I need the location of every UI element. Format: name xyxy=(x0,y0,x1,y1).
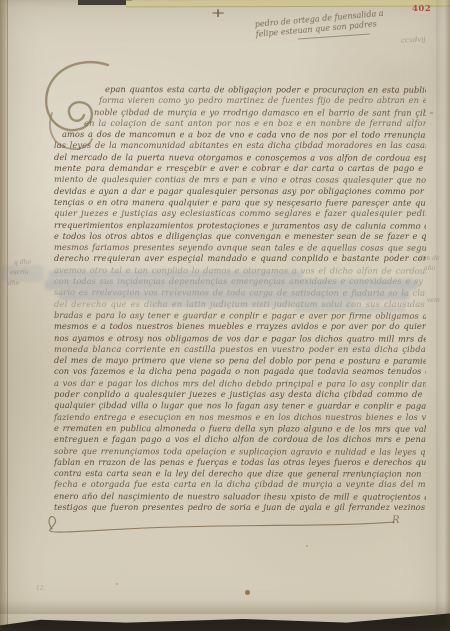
scanner-edge-dark xyxy=(78,0,132,5)
text-line: a vos dar e pagar los dichos mrs del dic… xyxy=(54,378,426,390)
text-line: sario es rrelevaçion vos rrelevamos de t… xyxy=(54,287,426,299)
text-line: en la colaçion de sant anton por nos e e… xyxy=(54,118,426,129)
text-line: qualquier çibdad villa o lugar que nos l… xyxy=(54,400,426,412)
margin-note-left: dho xyxy=(8,280,20,287)
text-block: epan quantos esta carta de obligaçion po… xyxy=(54,84,426,518)
stain xyxy=(116,583,118,585)
text-line: del mes de mayo primero que viene so pen… xyxy=(54,355,426,367)
text-line: derecho rrequieran aver espeçial mandado… xyxy=(54,253,426,264)
margin-note-left: q dho xyxy=(14,259,31,267)
text-line: fecha e otorgada fue esta carta en la di… xyxy=(54,479,426,490)
text-line: mesmos e a todos nuestros bienes muebles… xyxy=(54,321,426,332)
text-line: e todos los otros abtos e diligençias qu… xyxy=(54,231,426,242)
text-line: mesmos fariamos presentes seyendo avnque… xyxy=(54,242,426,254)
text-line: sobre que rrenunçiamos toda apelaçion e … xyxy=(54,446,426,458)
stain xyxy=(306,545,308,547)
text-line: fablan en rrazon de las penas e fuerças … xyxy=(54,457,426,468)
closing-rule xyxy=(36,511,416,537)
foliation-number-faint: ccxdvij xyxy=(401,35,426,44)
archivist-annotation: pedro de ortega de fuensalida a felipe e… xyxy=(254,6,415,40)
text-line: miento de qualesquier contias de mrs e p… xyxy=(54,174,426,186)
rubric-mark: R xyxy=(392,515,400,526)
text-line: quier juezes e justiçias asy eclesiastic… xyxy=(54,208,426,219)
page-right-edge xyxy=(436,0,450,631)
text-line: nos ayamos e otrosy nos obligamos de vos… xyxy=(54,333,426,345)
text-line: forma vieren como yo pedro martinez de f… xyxy=(54,95,426,106)
text-line: enero año del nasçimiento de nuestro sal… xyxy=(54,491,426,503)
page-gutter-crease xyxy=(7,0,8,631)
text-line: rrequerimientos enplazamientos protestaç… xyxy=(54,220,426,232)
text-line: contra esta carta sean e la ley del dere… xyxy=(54,468,426,480)
margin-note-bottom: 12. xyxy=(36,585,46,592)
text-line: con vos fazemos e la dicha pena pagada o… xyxy=(54,366,426,377)
text-line: moneda blanca corriente en castilla pues… xyxy=(54,344,426,355)
margin-note-right: año xyxy=(424,265,435,272)
text-line: epan quantos esta carta de obligaçion po… xyxy=(54,84,426,96)
bottom-edge-shadow xyxy=(0,600,450,614)
text-line: bradas e para lo asy tener e guardar e c… xyxy=(54,310,426,322)
stain xyxy=(245,590,250,595)
foliation-number-red: 402 xyxy=(412,4,431,14)
margin-note-right: dan de xyxy=(419,255,440,262)
text-line: devidas e ayan a dar e pagar qualesquier… xyxy=(54,186,426,197)
cross-mark: + xyxy=(210,6,225,20)
text-line: noble çibdad de murçia e yo rrodrigo dam… xyxy=(54,107,426,119)
text-line: mente para demandar e rresçebir e aver e… xyxy=(54,163,426,174)
text-line: del mercado de la puerta nueva otorgamos… xyxy=(54,152,426,164)
margin-note-right: vem xyxy=(427,297,440,304)
text-line: faziendo entrega e esecuçion en nos mesm… xyxy=(54,412,426,423)
stain xyxy=(430,112,433,114)
scan-bottom-edge xyxy=(0,611,450,631)
text-line: entreguen e fagan pago a vos el dicho al… xyxy=(54,434,426,445)
margin-note-left: escriu xyxy=(10,269,29,277)
text-line: con todas sus inçidençias dependençias e… xyxy=(54,276,426,287)
text-line: poder conplido a qualesquier juezes e ju… xyxy=(54,389,426,400)
text-line: amos a dos de mancomun e a boz de vno e … xyxy=(54,129,426,141)
text-line: del derecho que es dicha en latin judiçi… xyxy=(54,299,426,310)
text-line: e rrematen en publica almoneda o fuera d… xyxy=(54,423,426,435)
text-line: tençias o en otra manera qualquier e par… xyxy=(54,197,426,209)
text-line: las leyes de la mancomunidad abitantes e… xyxy=(54,140,426,151)
manuscript-scan: + pedro de ortega de fuensalida a felipe… xyxy=(0,0,450,631)
text-line: avemos otro tal e tan conplido lo damos … xyxy=(54,265,426,277)
